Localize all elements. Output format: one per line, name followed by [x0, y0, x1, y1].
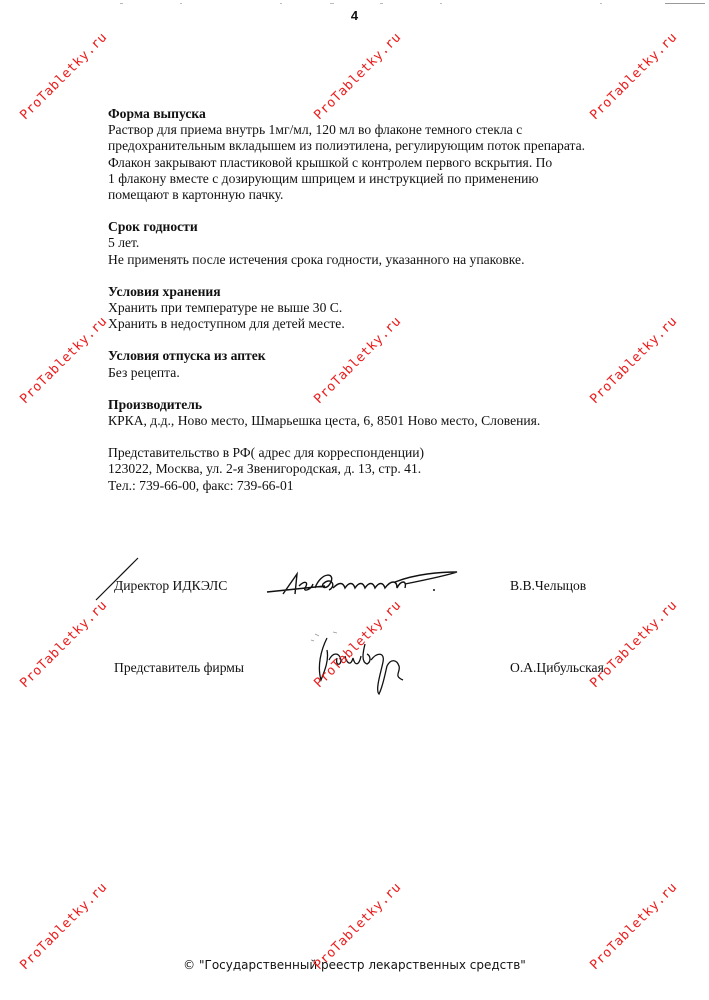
watermark: ProTabletky.ru — [17, 598, 110, 691]
scan-artifacts — [120, 3, 700, 5]
section-heading: Условия хранения — [108, 284, 668, 300]
section-storage: Условия хранения Хранить при температуре… — [108, 284, 668, 333]
watermark: ProTabletky.ru — [17, 30, 110, 123]
text-line: КРКА, д.д., Ново место, Шмарьешка цеста,… — [108, 413, 668, 429]
section-heading: Производитель — [108, 397, 668, 413]
text-line: предохранительным вкладышем из полиэтиле… — [108, 138, 668, 154]
document-body: Форма выпуска Раствор для приема внутрь … — [108, 106, 668, 510]
text-line: Без рецепта. — [108, 365, 668, 381]
text-line: Раствор для приема внутрь 1мг/мл, 120 мл… — [108, 122, 668, 138]
signature-image — [305, 630, 425, 700]
section-shelf-life: Срок годности 5 лет. Не применять после … — [108, 219, 668, 268]
section-manufacturer: Производитель КРКА, д.д., Ново место, Шм… — [108, 397, 668, 429]
section-heading: Срок годности — [108, 219, 668, 235]
section-heading: Форма выпуска — [108, 106, 668, 122]
text-line: Флакон закрывают пластиковой крышкой с к… — [108, 155, 668, 171]
signature-image — [265, 568, 465, 604]
text-line: 123022, Москва, ул. 2-я Звенигородская, … — [108, 461, 668, 477]
signatory-name: В.В.Челыцов — [510, 578, 586, 594]
section-release-form: Форма выпуска Раствор для приема внутрь … — [108, 106, 668, 203]
section-heading: Условия отпуска из аптек — [108, 348, 668, 364]
text-line: Тел.: 739-66-00, факс: 739-66-01 — [108, 478, 668, 494]
text-line: 1 флакону вместе с дозирующим шприцем и … — [108, 171, 668, 187]
section-dispensing: Условия отпуска из аптек Без рецепта. — [108, 348, 668, 380]
signatory-name: О.А.Цибульская — [510, 660, 604, 676]
text-line: Хранить при температуре не выше 30 С. — [108, 300, 668, 316]
text-line: Представительство в РФ( адрес для коррес… — [108, 445, 668, 461]
copyright-footer: © "Государственный реестр лекарственных … — [0, 958, 709, 972]
section-representative: Представительство в РФ( адрес для коррес… — [108, 445, 668, 494]
signatory-role: Представитель фирмы — [114, 660, 244, 676]
watermark: ProTabletky.ru — [587, 598, 680, 691]
text-line: Не применять после истечения срока годно… — [108, 252, 668, 268]
watermark: ProTabletky.ru — [17, 314, 110, 407]
page-number: 4 — [0, 8, 709, 23]
text-line: Хранить в недоступном для детей месте. — [108, 316, 668, 332]
signatory-role: Директор ИДКЭЛС — [114, 578, 227, 594]
text-line: 5 лет. — [108, 235, 668, 251]
text-line: помещают в картонную пачку. — [108, 187, 668, 203]
